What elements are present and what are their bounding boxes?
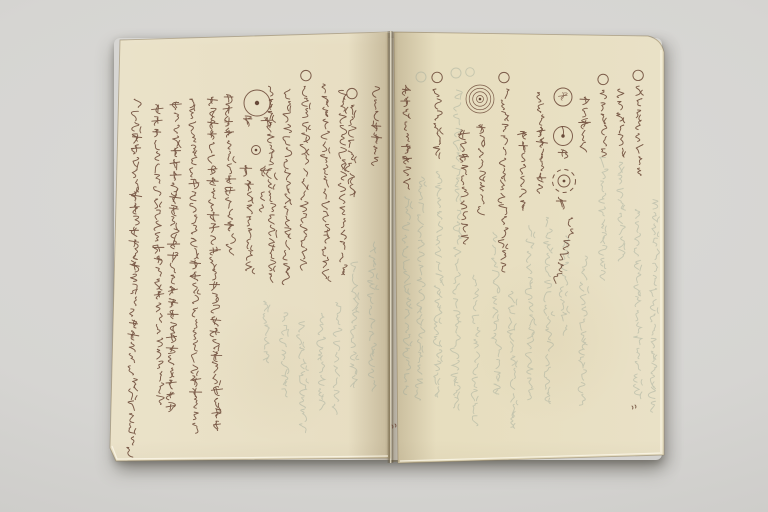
kanji-label: [558, 150, 568, 159]
text-column: [164, 102, 182, 412]
bleedthrough-column: [297, 322, 309, 433]
text-column: [282, 89, 293, 284]
bleedthrough-column: [598, 157, 608, 280]
text-column: [616, 89, 625, 157]
kanji-label: [260, 166, 270, 176]
diagram-label: [243, 116, 252, 126]
kanji-label: [243, 116, 252, 126]
text-column: [125, 99, 143, 457]
kanji-label: [240, 166, 252, 177]
section-marker-circle: [347, 88, 357, 98]
text-column: [477, 125, 486, 215]
diagram-speck: [392, 424, 396, 428]
text-column: [298, 70, 311, 270]
text-column: [222, 94, 237, 255]
diagram-label: [556, 197, 566, 209]
handwriting-layer: [0, 0, 768, 512]
bleedthrough-column: [332, 302, 343, 414]
text-column: [371, 87, 382, 166]
bleedthrough-column: [507, 291, 518, 428]
text-column: [536, 93, 547, 194]
text-column: [578, 97, 591, 152]
bleedthrough-column: [449, 210, 463, 410]
bleedthrough-circle: [416, 72, 426, 82]
bleedthrough-column: [633, 209, 642, 398]
text-column: [517, 131, 528, 210]
bleedthrough-column: [349, 262, 360, 388]
bleedthrough-column: [316, 313, 326, 410]
section-marker-circle: [432, 72, 443, 83]
section-marker-circle: [598, 74, 609, 85]
text-column: [320, 84, 331, 282]
bleedthrough-column: [617, 162, 626, 261]
bleedthrough-column: [525, 225, 536, 399]
text-column: [345, 88, 357, 196]
page-edge: [112, 446, 388, 459]
text-column: [338, 90, 348, 274]
text-column: [187, 99, 202, 433]
bleedthrough-column: [578, 256, 589, 405]
diagram-circle-rings: [466, 85, 494, 113]
text-column: [497, 72, 509, 272]
bleedthrough-column: [279, 313, 289, 397]
kanji-label: [556, 197, 566, 209]
bleedthrough-circle: [466, 68, 475, 77]
diagram-circle-dot-dashed: [553, 170, 576, 193]
section-marker-circle: [301, 70, 312, 81]
text-column: [401, 85, 412, 189]
diagram-speck: [632, 405, 636, 409]
text-column: [598, 74, 609, 156]
text-column: [432, 72, 444, 159]
diagram-circle-dot-small: [252, 146, 261, 155]
text-column: [152, 105, 166, 405]
manuscript-photo: [0, 0, 768, 512]
text-column: [205, 97, 223, 431]
page-edge: [394, 32, 664, 463]
bleedthrough-column: [471, 275, 480, 426]
bleedthrough-column: [367, 242, 379, 391]
bleedthrough-circle: [451, 68, 461, 78]
bleedthrough-column: [491, 232, 501, 394]
bleedthrough-column: [263, 301, 270, 363]
bleedthrough-column: [544, 217, 555, 403]
diagram-label: [260, 166, 270, 176]
diagram-circle-dot-line: [554, 127, 573, 146]
bleedthrough-column: [648, 200, 660, 413]
text-column: [266, 86, 279, 282]
diagram-label: [558, 150, 568, 159]
page-edge: [400, 453, 662, 461]
text-column: [244, 180, 255, 273]
text-column: [259, 192, 264, 212]
bleedthrough-column: [432, 172, 445, 398]
text-column: [552, 217, 577, 284]
section-marker-circle: [499, 72, 509, 82]
text-column: [633, 70, 645, 175]
section-marker-circle: [633, 70, 644, 81]
diagram-label: [240, 166, 252, 177]
bleedthrough-column: [402, 197, 413, 395]
diagram-circle-char: [554, 88, 572, 106]
diagram-circle-dot-large: [244, 90, 270, 116]
bleedthrough-column: [559, 236, 571, 335]
bleedthrough-column: [415, 177, 427, 400]
